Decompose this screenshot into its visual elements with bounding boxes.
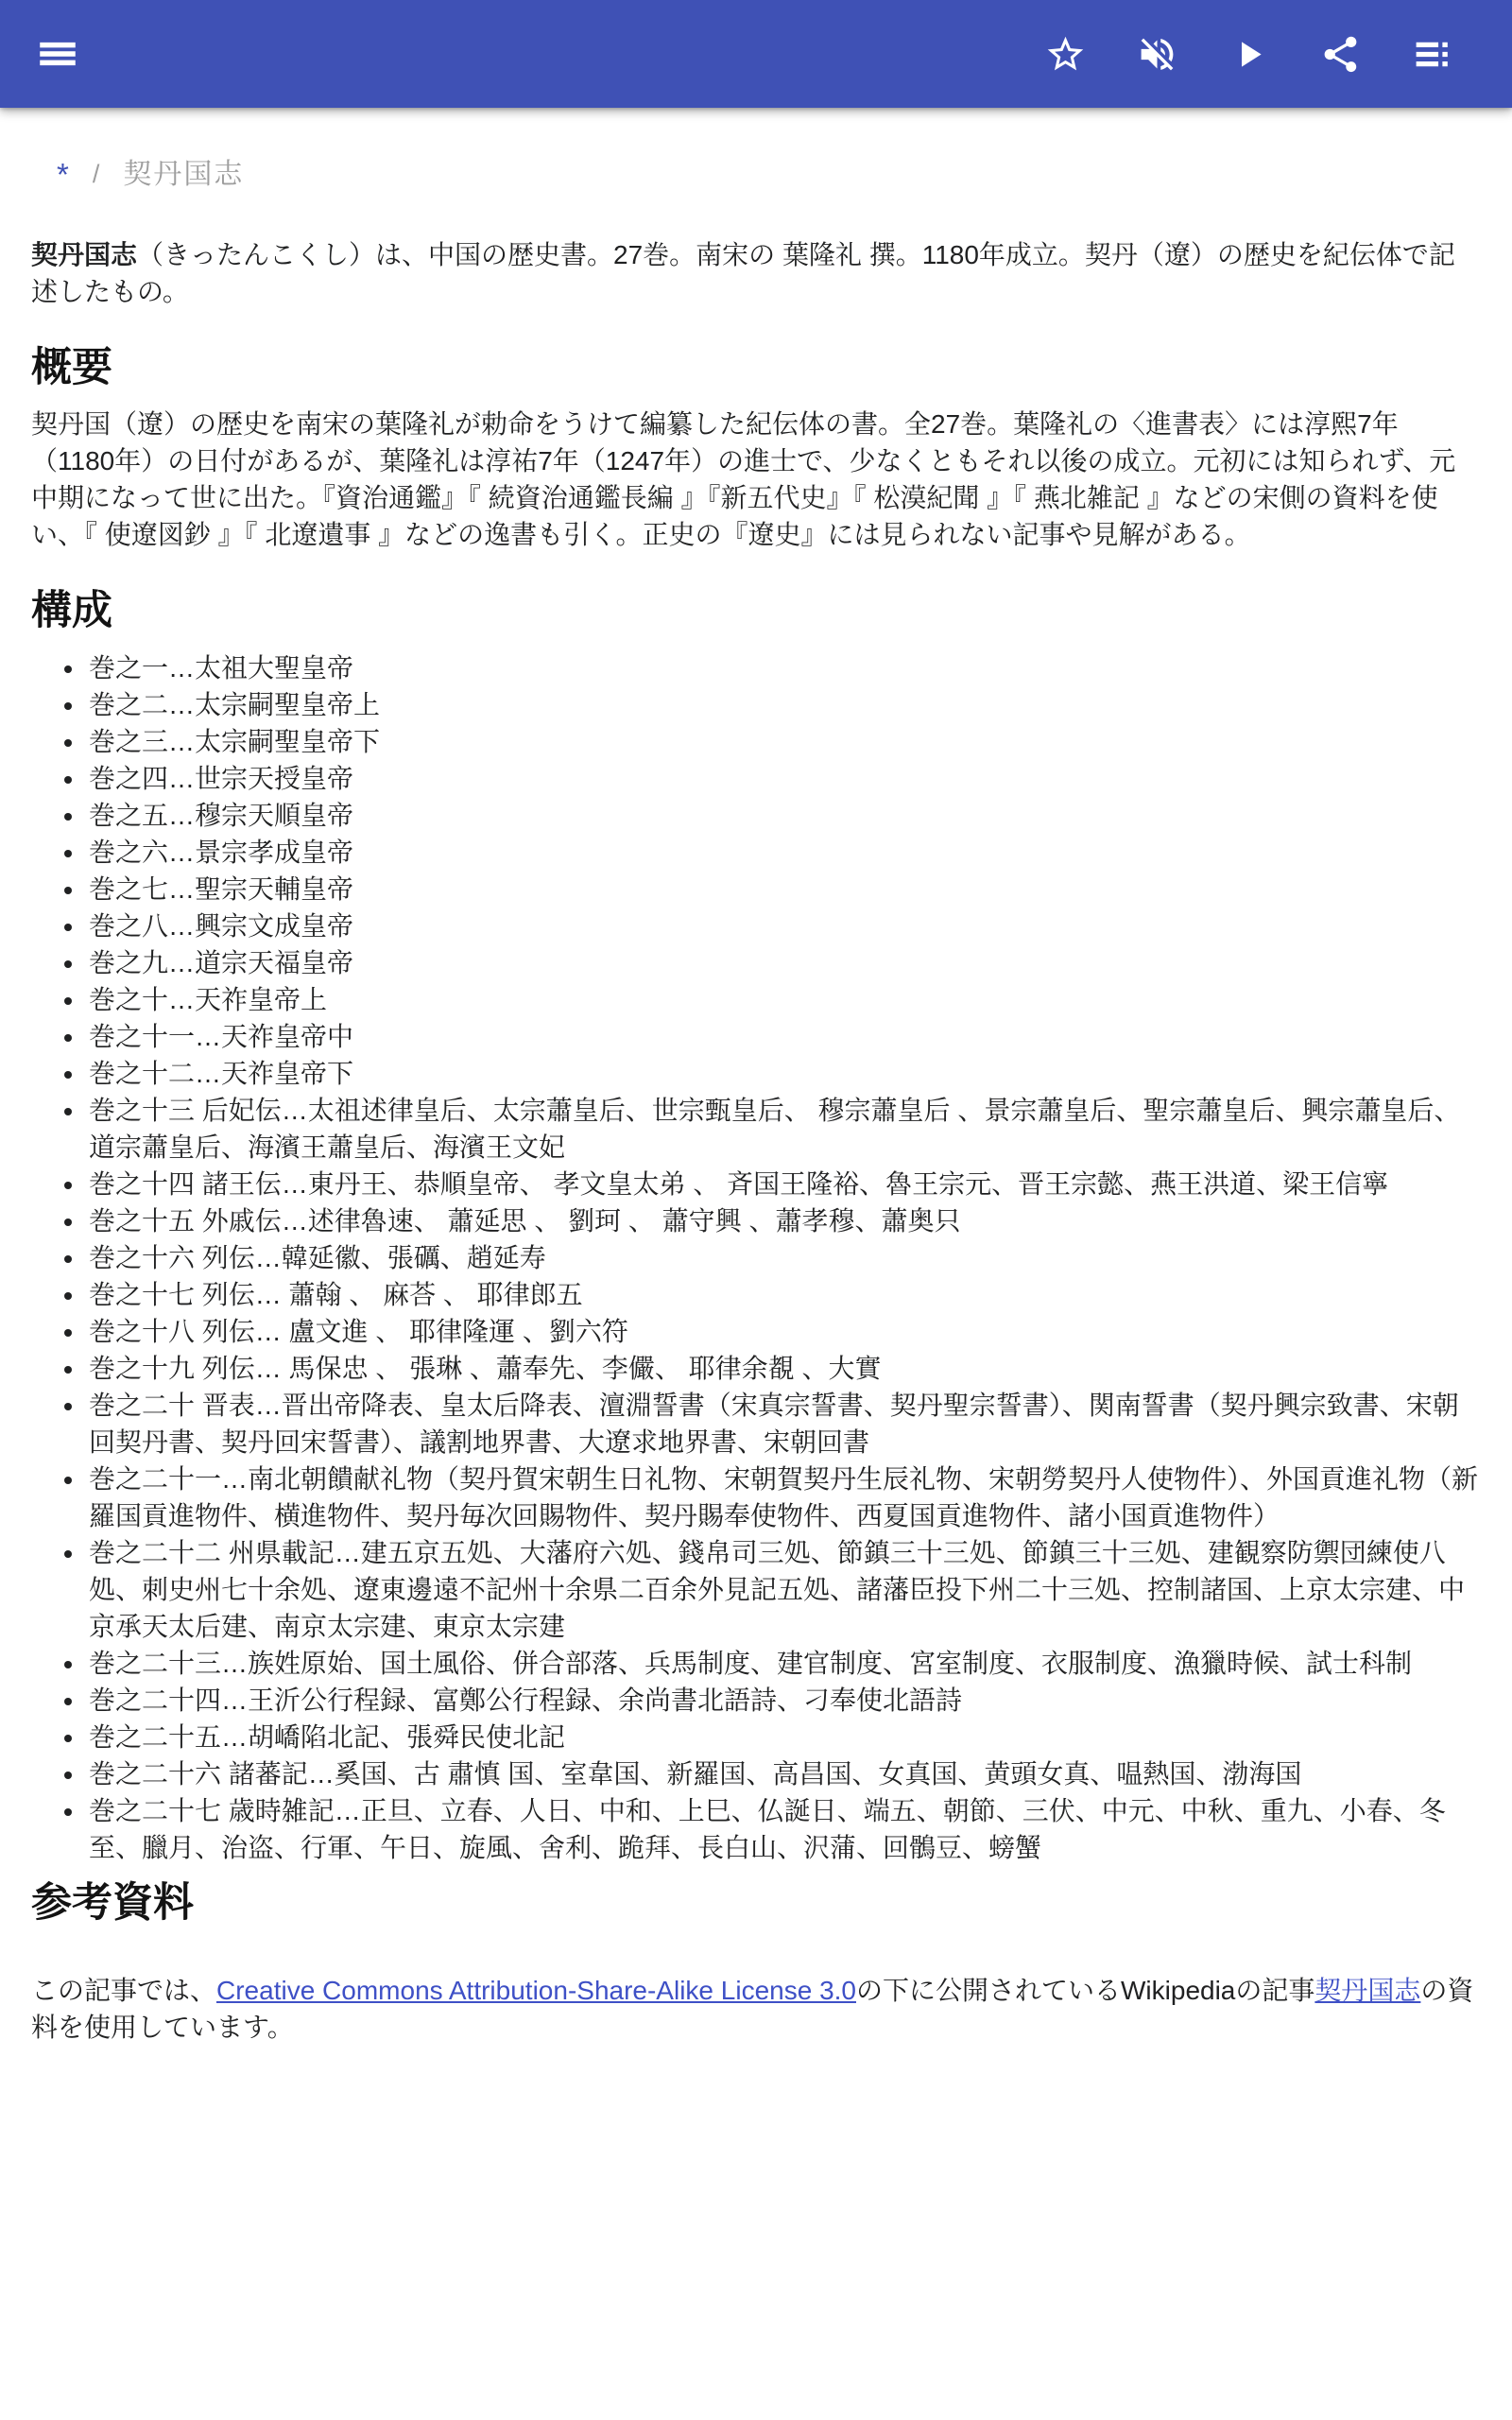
toc-icon xyxy=(1411,33,1453,76)
list-item: 巻之二十六 諸蕃記…奚国、古 肅慎 国、室韋国、新羅国、高昌国、女真国、黄頭女真… xyxy=(86,1755,1481,1792)
list-item: 巻之二十二 州県載記…建五京五処、大藩府六処、錢帛司三処、節鎮三十三処、節鎮三十… xyxy=(86,1534,1481,1645)
list-item: 巻之二十三…族姓原始、国土風俗、併合部落、兵馬制度、建官制度、宮室制度、衣服制度… xyxy=(86,1645,1481,1682)
lead-paragraph: 契丹国志（きったんこくし）は、中国の歴史書。27巻。南宋の 葉隆礼 撰。1180… xyxy=(31,236,1481,310)
volume-off-icon xyxy=(1136,33,1178,76)
breadcrumb-current: 契丹国志 xyxy=(123,161,244,189)
license-note: この記事では、Creative Commons Attribution-Shar… xyxy=(31,1972,1481,2046)
list-item: 巻之二十四…王沂公行程録、富鄭公行程録、余尚書北語詩、刁奉使北語詩 xyxy=(86,1682,1481,1719)
menu-icon xyxy=(34,30,81,78)
article-link[interactable]: 契丹国志 xyxy=(1314,1976,1420,2005)
list-item: 巻之十七 列伝… 蕭翰 、 麻荅 、 耶律郎五 xyxy=(86,1276,1481,1313)
list-item: 巻之十九 列伝… 馬保忠 、 張琳 、蕭奉先、李儼、 耶律余覩 、大實 xyxy=(86,1350,1481,1387)
app-bar xyxy=(0,0,1512,108)
license-note-prefix: この記事では、 xyxy=(31,1976,216,2005)
list-item: 巻之十八 列伝… 盧文進 、 耶律隆運 、劉六符 xyxy=(86,1313,1481,1350)
license-note-middle: の下に公開されているWikipediaの記事 xyxy=(856,1976,1314,2005)
breadcrumb-root[interactable]: * xyxy=(57,159,69,190)
license-link[interactable]: Creative Commons Attribution-Share-Alike… xyxy=(216,1976,856,2005)
list-item: 巻之六…景宗孝成皇帝 xyxy=(86,834,1481,871)
play-icon xyxy=(1228,33,1270,76)
list-item: 巻之二…太宗嗣聖皇帝上 xyxy=(86,686,1481,723)
overview-paragraph: 契丹国（遼）の歴史を南宋の葉隆礼が勅命をうけて編纂した紀伝体の書。全27巻。葉隆… xyxy=(31,406,1481,553)
star-outline-icon xyxy=(1044,33,1087,76)
article-title-term: 契丹国志 xyxy=(31,240,137,269)
list-item: 巻之九…道宗天福皇帝 xyxy=(86,944,1481,981)
app-screen: * / 契丹国志 契丹国志（きったんこくし）は、中国の歴史書。27巻。南宋の 葉… xyxy=(0,0,1512,2420)
list-item: 巻之十五 外戚伝…述律魯速、 蕭延思 、 劉珂 、 蕭守興 、蕭孝穆、蕭奥只 xyxy=(86,1202,1481,1239)
menu-button[interactable] xyxy=(34,30,81,78)
list-item: 巻之八…興宗文成皇帝 xyxy=(86,907,1481,944)
lead-text: （きったんこくし）は、中国の歴史書。27巻。南宋の 葉隆礼 撰。1180年成立。… xyxy=(31,240,1455,306)
breadcrumb: * / 契丹国志 xyxy=(31,159,1481,190)
list-item: 巻之五…穆宗天順皇帝 xyxy=(86,797,1481,834)
list-item: 巻之二十 晋表…晋出帝降表、皇太后降表、澶淵誓書（宋真宗誓書、契丹聖宗誓書）、関… xyxy=(86,1387,1481,1461)
list-item: 巻之十二…天祚皇帝下 xyxy=(86,1055,1481,1092)
mute-button[interactable] xyxy=(1136,33,1178,76)
play-button[interactable] xyxy=(1228,33,1270,76)
app-bar-actions xyxy=(1044,33,1453,76)
list-item: 巻之十…天祚皇帝上 xyxy=(86,981,1481,1018)
list-item: 巻之一…太祖大聖皇帝 xyxy=(86,649,1481,686)
section-heading-references: 参考資料 xyxy=(31,1880,1481,1927)
article-content: * / 契丹国志 契丹国志（きったんこくし）は、中国の歴史書。27巻。南宋の 葉… xyxy=(0,159,1512,2046)
list-item: 巻之七…聖宗天輔皇帝 xyxy=(86,871,1481,907)
list-item: 巻之二十一…南北朝饋献礼物（契丹賀宋朝生日礼物、宋朝賀契丹生辰礼物、宋朝勞契丹人… xyxy=(86,1461,1481,1534)
share-button[interactable] xyxy=(1319,33,1362,76)
list-item: 巻之十三 后妃伝…太祖述律皇后、太宗蕭皇后、世宗甄皇后、 穆宗蕭皇后 、景宗蕭皇… xyxy=(86,1092,1481,1166)
list-item: 巻之三…太宗嗣聖皇帝下 xyxy=(86,723,1481,760)
list-item: 巻之二十五…胡嶠陷北記、張舜民使北記 xyxy=(86,1719,1481,1755)
list-item: 巻之四…世宗天授皇帝 xyxy=(86,760,1481,797)
contents-button[interactable] xyxy=(1411,33,1453,76)
list-item: 巻之十六 列伝…韓延徽、張礪、趙延寿 xyxy=(86,1239,1481,1276)
favorite-button[interactable] xyxy=(1044,33,1087,76)
list-item: 巻之二十七 歳時雑記…正旦、立春、人日、中和、上巳、仏誕日、端五、朝節、三伏、中… xyxy=(86,1792,1481,1866)
section-heading-structure: 構成 xyxy=(31,588,1481,634)
list-item: 巻之十四 諸王伝…東丹王、恭順皇帝、 孝文皇太弟 、 斉国王隆裕、魯王宗元、晋王… xyxy=(86,1166,1481,1202)
breadcrumb-separator: / xyxy=(93,162,100,187)
share-icon xyxy=(1319,33,1362,76)
list-item: 巻之十一…天祚皇帝中 xyxy=(86,1018,1481,1055)
structure-list: 巻之一…太祖大聖皇帝巻之二…太宗嗣聖皇帝上巻之三…太宗嗣聖皇帝下巻之四…世宗天授… xyxy=(31,649,1481,1866)
section-heading-overview: 概要 xyxy=(31,345,1481,391)
